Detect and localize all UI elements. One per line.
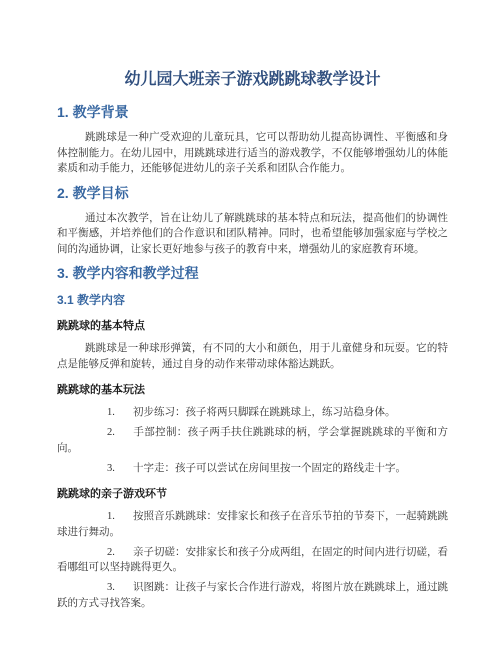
list-item: 2.亲子切磋：安排家长和孩子分成两组，在固定的时间内进行切磋，看看哪组可以坚持跳… (57, 545, 448, 576)
list-item-number: 2. (107, 545, 133, 561)
list-item: 1.初步练习：孩子将两只脚踩在跳跳球上，练习站稳身体。 (57, 405, 448, 421)
list-item-text: 初步练习：孩子将两只脚踩在跳跳球上，练习站稳身体。 (133, 407, 396, 418)
document-page: 幼儿园大班亲子游戏跳跳球教学设计 1. 教学背景 跳跳球是一种广受欢迎的儿童玩具… (0, 0, 500, 647)
list-item-number: 3. (107, 461, 133, 477)
list-item-number: 3. (107, 580, 133, 596)
list-item-number: 1. (107, 509, 133, 525)
parent-child-list: 1.按照音乐跳跳球：安排家长和孩子在音乐节拍的节奏下，一起骑跳跳球进行舞动。 2… (57, 509, 448, 611)
section-1-heading: 1. 教学背景 (57, 103, 448, 121)
list-item: 3.十字走：孩子可以尝试在房间里按一个固定的路线走十字。 (57, 461, 448, 477)
block-features-paragraph: 跳跳球是一种球形弹簧，有不同的大小和颜色，用于儿童健身和玩耍。它的特点是能够反弹… (57, 341, 448, 372)
document-title: 幼儿园大班亲子游戏跳跳球教学设计 (57, 70, 448, 90)
list-item-text: 十字走：孩子可以尝试在房间里按一个固定的路线走十字。 (133, 463, 406, 474)
section-2-paragraph: 通过本次教学，旨在让幼儿了解跳跳球的基本特点和玩法，提高他们的协调性和平衡感，并… (57, 211, 448, 258)
list-item: 3.识图跳：让孩子与家长合作进行游戏，将图片放在跳跳球上，通过跳跃的方式寻找答案… (57, 580, 448, 611)
block-parent-child-heading: 跳跳球的亲子游戏环节 (57, 487, 448, 502)
list-item-number: 2. (107, 425, 133, 441)
block-features-heading: 跳跳球的基本特点 (57, 319, 448, 334)
block-basic-play-heading: 跳跳球的基本玩法 (57, 383, 448, 398)
basic-play-list: 1.初步练习：孩子将两只脚踩在跳跳球上，练习站稳身体。 2.手部控制：孩子两手扶… (57, 405, 448, 476)
list-item: 2.手部控制：孩子两手扶住跳跳球的柄，学会掌握跳跳球的平衡和方向。 (57, 425, 448, 456)
section-3-heading: 3. 教学内容和教学过程 (57, 264, 448, 282)
section-3-1-subheading: 3.1 教学内容 (57, 292, 448, 308)
list-item: 1.按照音乐跳跳球：安排家长和孩子在音乐节拍的节奏下，一起骑跳跳球进行舞动。 (57, 509, 448, 540)
section-2-heading: 2. 教学目标 (57, 184, 448, 202)
list-item-number: 1. (107, 405, 133, 421)
section-1-paragraph: 跳跳球是一种广受欢迎的儿童玩具，它可以帮助幼儿提高协调性、平衡感和身体控制能力。… (57, 130, 448, 177)
